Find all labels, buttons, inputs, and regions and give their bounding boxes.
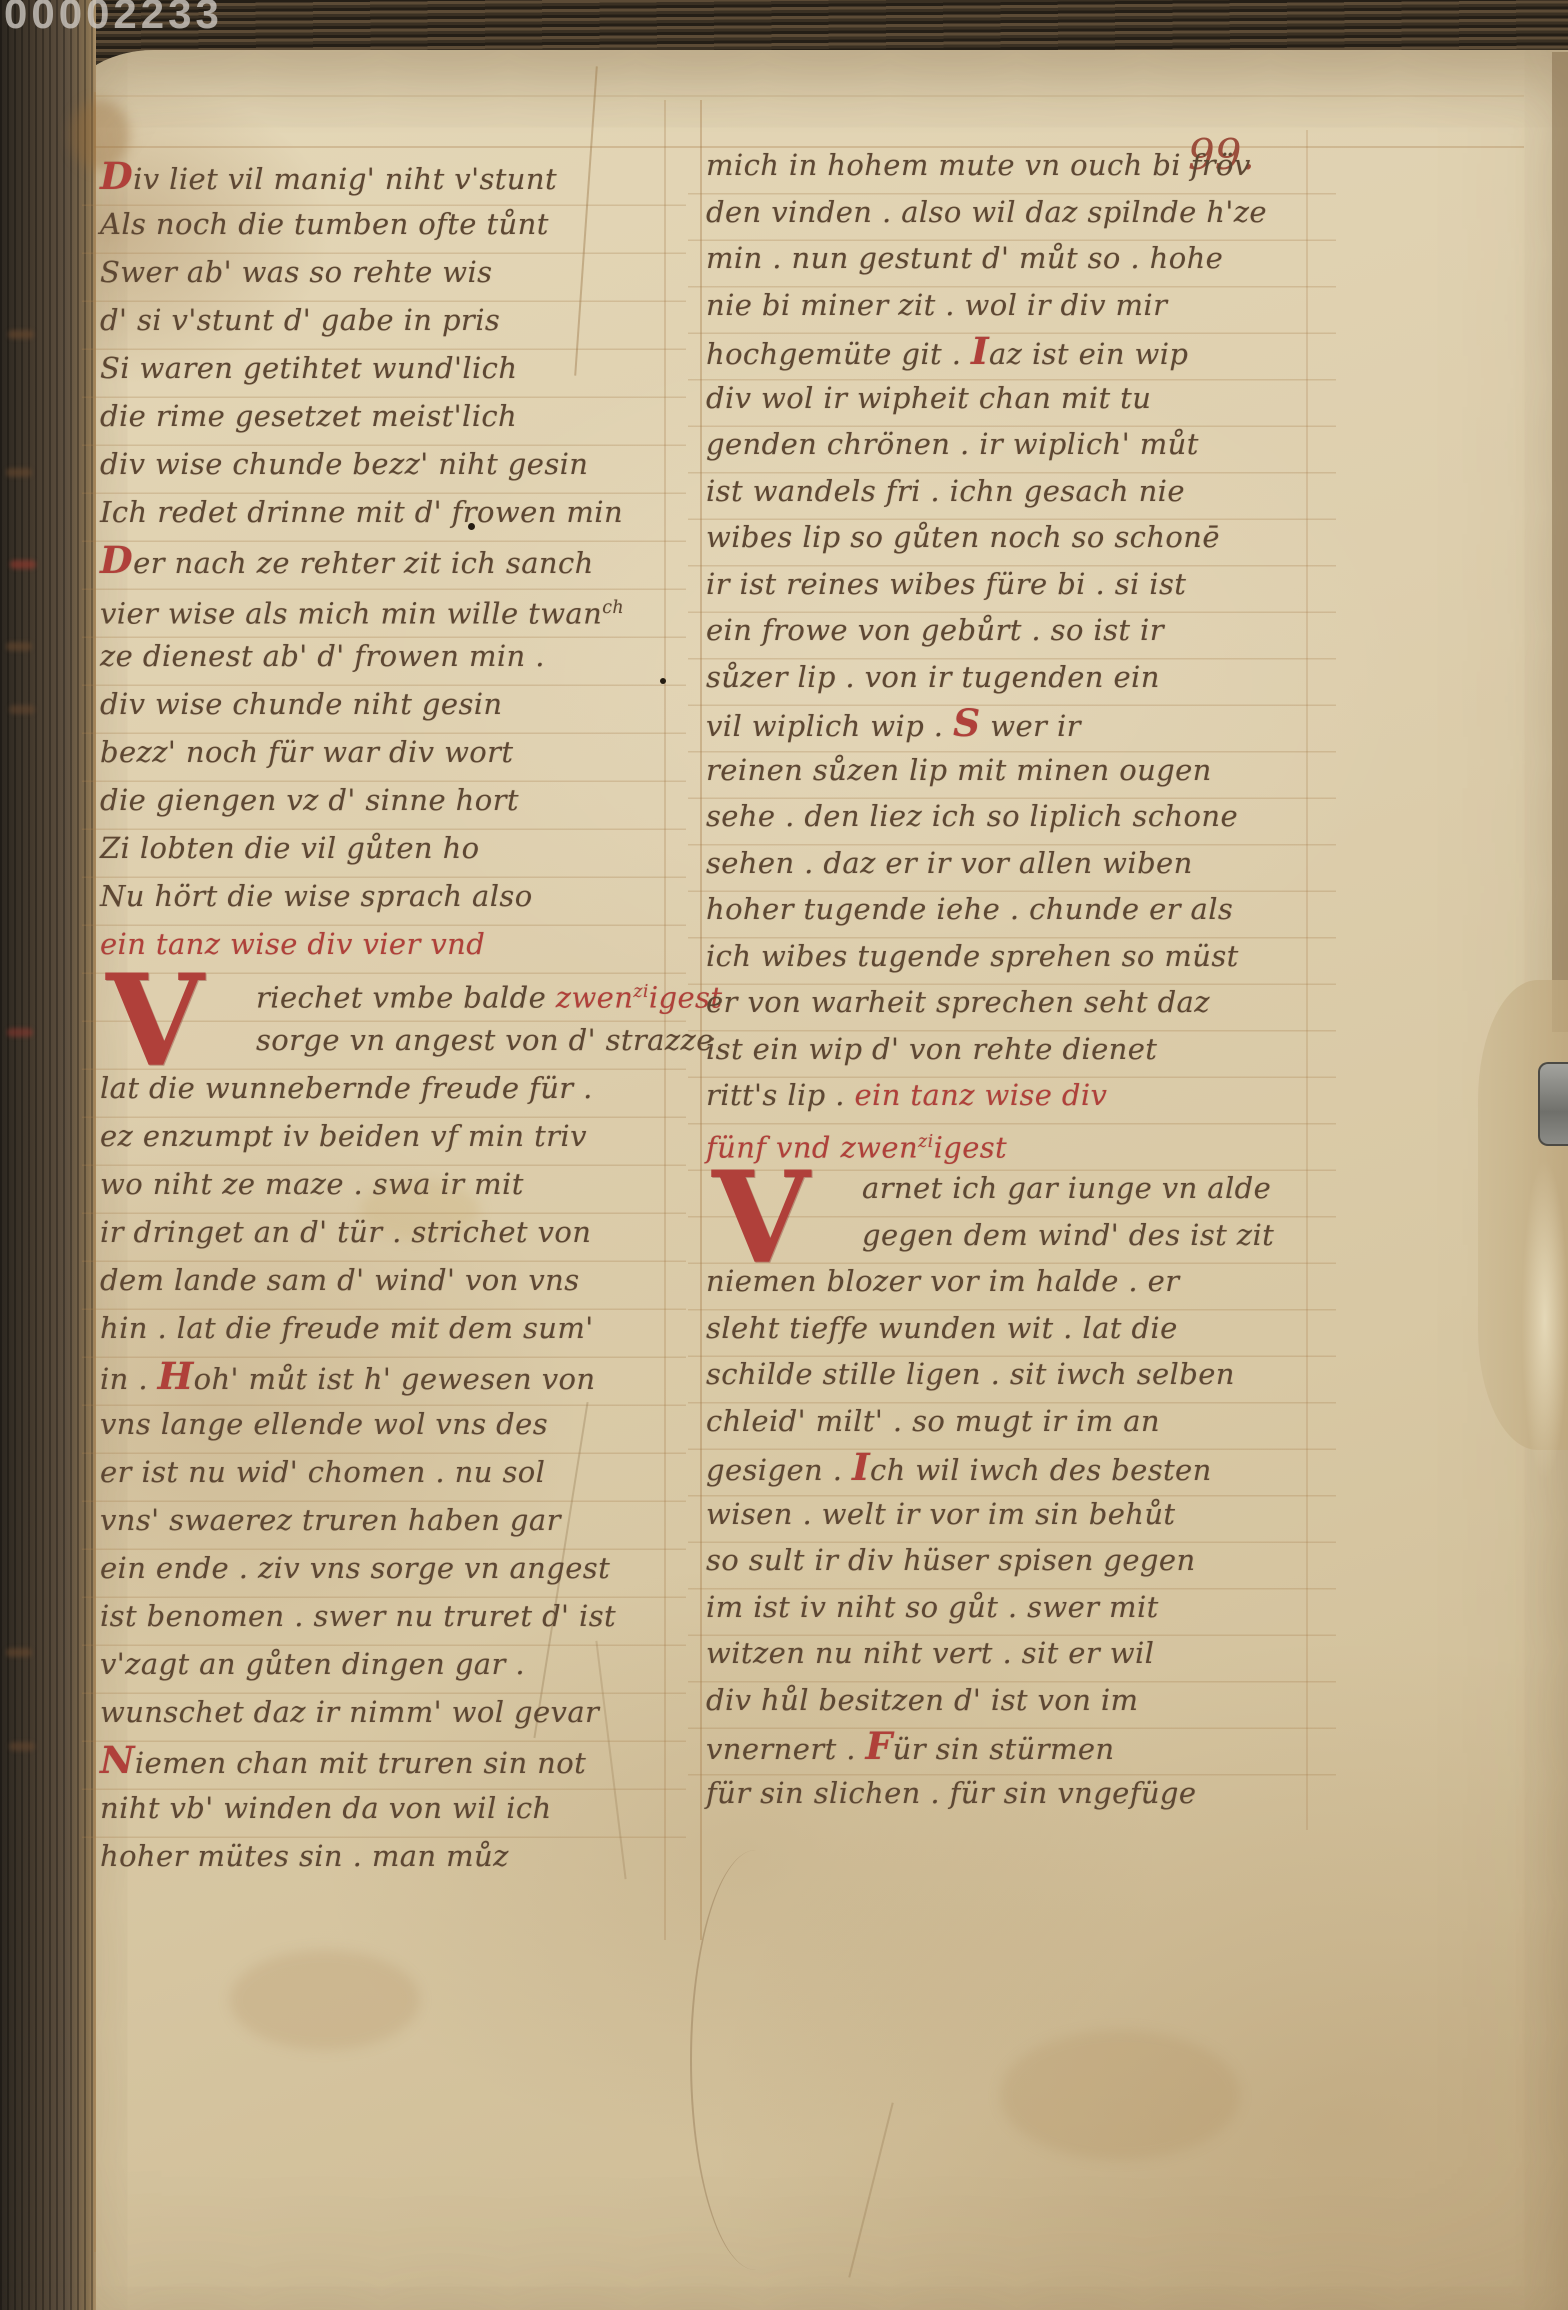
ink-text: er nach ze rehter zit ich sanch: [133, 546, 594, 580]
ink-text: az ist ein wip: [989, 337, 1188, 371]
rubric-text: zi: [918, 1132, 934, 1152]
text-line: ist wandels fri . ichn gesach nie: [706, 468, 1310, 515]
text-line: sleht tieffe wunden wit . lat die: [706, 1305, 1310, 1352]
text-line: so sult ir div hüser spisen gegen: [706, 1537, 1310, 1584]
text-line: ist benomen . swer nu truret d' ist: [100, 1592, 660, 1640]
text-line: hin . lat die freude mit dem sum': [100, 1304, 660, 1352]
rubric-text: I: [852, 1445, 870, 1489]
text-line: niht vb' winden da von wil ich: [100, 1784, 660, 1832]
ink-text: Ich redet drinne mit d' frowen min: [100, 495, 623, 529]
stain: [1000, 2030, 1240, 2160]
ink-text: witzen nu niht vert . sit er wil: [706, 1636, 1154, 1670]
text-line: Nu hört die wise sprach also: [100, 872, 660, 920]
ink-text: vil wiplich wip .: [706, 709, 953, 743]
ink-text: sleht tieffe wunden wit . lat die: [706, 1311, 1178, 1345]
text-line: Div liet vil manig' niht v'stunt: [100, 152, 660, 200]
text-line: v'zagt an gůten dingen gar .: [100, 1640, 660, 1688]
text-line: hochgemüte git . Iaz ist ein wip: [706, 328, 1310, 375]
ink-text: reinen sůzen lip mit minen ougen: [706, 753, 1212, 787]
rubric-text: ein tanz wise div: [855, 1078, 1108, 1112]
text-line: die giengen vz d' sinne hort: [100, 776, 660, 824]
text-line: div wise chunde niht gesin: [100, 680, 660, 728]
stain: [230, 1950, 420, 2050]
ink-text: d' si v'stunt d' gabe in pris: [100, 303, 500, 337]
ink-text: den vinden . also wil daz spilnde h'ze: [706, 195, 1267, 229]
ink-text: ein frowe von gebůrt . so ist ir: [706, 613, 1164, 647]
ink-text: ch: [602, 598, 624, 618]
ink-text: div wise chunde bezz' niht gesin: [100, 447, 588, 481]
rubric-text: zi: [633, 982, 649, 1002]
text-line: ritt's lip . ein tanz wise div: [706, 1072, 1310, 1119]
ink-text: Als noch die tumben ofte tůnt: [100, 207, 549, 241]
ink-text: ir ist reines wibes füre bi . si ist: [706, 567, 1186, 601]
ink-text: nie bi miner zit . wol ir div mir: [706, 288, 1167, 322]
text-line: chleid' milt' . so mugt ir im an: [706, 1398, 1310, 1445]
text-line: mich in hohem mute vn ouch bi fröv: [706, 142, 1310, 189]
text-line: wo niht ze maze . swa ir mit: [100, 1160, 660, 1208]
text-line: div wise chunde bezz' niht gesin: [100, 440, 660, 488]
text-line: niemen blozer vor im halde . er: [706, 1258, 1310, 1305]
bleedthrough-mark: [9, 705, 35, 714]
bleedthrough-mark: [6, 468, 32, 477]
rubric-text: D: [100, 538, 133, 582]
text-line: Varnet ich gar iunge vn alde: [706, 1165, 1310, 1212]
text-line: genden chrönen . ir wiplich' můt: [706, 421, 1310, 468]
text-line: hoher mütes sin . man můz: [100, 1832, 660, 1880]
text-line: min . nun gestunt d' můt so . hohe: [706, 235, 1310, 282]
text-line: im ist iv niht so gůt . swer mit: [706, 1584, 1310, 1631]
rubric-text: H: [158, 1354, 194, 1398]
rubric-text: I: [971, 329, 989, 373]
ink-text: ritt's lip .: [706, 1078, 855, 1112]
rubric-text: zwen: [556, 980, 634, 1014]
text-line: d' si v'stunt d' gabe in pris: [100, 296, 660, 344]
text-line: ein frowe von gebůrt . so ist ir: [706, 607, 1310, 654]
ink-text: oh' můt ist h' gewesen von: [194, 1362, 596, 1396]
ink-text: Nu hört die wise sprach also: [100, 879, 533, 913]
ink-text: min . nun gestunt d' můt so . hohe: [706, 241, 1223, 275]
manuscript-photo: 00002233 99. Div liet vil manig' niht v'…: [0, 0, 1568, 2310]
scan-watermark: 00002233: [4, 0, 223, 38]
text-line: Si waren getihtet wund'lich: [100, 344, 660, 392]
rubric-text: D: [100, 154, 133, 198]
text-line: ich wibes tugende sprehen so müst: [706, 933, 1310, 980]
ink-text: wisen . welt ir vor im sin behůt: [706, 1497, 1175, 1531]
ink-text: Si waren getihtet wund'lich: [100, 351, 517, 385]
ink-text: so sult ir div hüser spisen gegen: [706, 1543, 1196, 1577]
text-line: div hůl besitzen d' ist von im: [706, 1677, 1310, 1724]
text-line: reinen sůzen lip mit minen ougen: [706, 747, 1310, 794]
text-line: Der nach ze rehter zit ich sanch: [100, 536, 660, 584]
ink-text: ist benomen . swer nu truret d' ist: [100, 1599, 616, 1633]
ink-text: vnernert .: [706, 1732, 866, 1766]
text-line: vnernert . Für sin stürmen: [706, 1723, 1310, 1770]
ink-text: hochgemüte git .: [706, 337, 971, 371]
ink-text: sůzer lip . von ir tugenden ein: [706, 660, 1160, 694]
bleedthrough-mark: [9, 1742, 35, 1751]
ink-text: vns' swaerez truren haben gar: [100, 1503, 561, 1537]
ink-text: vier wise als mich min wille twan: [100, 596, 602, 630]
text-line: vns lange ellende wol vns des: [100, 1400, 660, 1448]
text-line: die rime gesetzet meist'lich: [100, 392, 660, 440]
ink-text: die giengen vz d' sinne hort: [100, 783, 519, 817]
ink-text: niht vb' winden da von wil ich: [100, 1791, 552, 1825]
ink-text: ein ende . ziv vns sorge vn angest: [100, 1551, 610, 1585]
text-line: vns' swaerez truren haben gar: [100, 1496, 660, 1544]
ink-text: im ist iv niht so gůt . swer mit: [706, 1590, 1159, 1624]
text-line: nie bi miner zit . wol ir div mir: [706, 282, 1310, 329]
text-line: ze dienest ab' d' frowen min .: [100, 632, 660, 680]
ruling-line-horizontal: [94, 95, 1524, 97]
ink-text: er von warheit sprechen seht daz: [706, 985, 1210, 1019]
ink-text: wunschet daz ir nimm' wol gevar: [100, 1695, 599, 1729]
text-line: den vinden . also wil daz spilnde h'ze: [706, 189, 1310, 236]
ink-dot: [660, 678, 666, 684]
text-line: schilde stille ligen . sit iwch selben: [706, 1351, 1310, 1398]
ink-text: für sin slichen . für sin vngefüge: [706, 1776, 1196, 1810]
ink-text: ich wibes tugende sprehen so müst: [706, 939, 1239, 973]
ink-text: ez enzumpt iv beiden vf min triv: [100, 1119, 587, 1153]
rubric-text: igest: [934, 1130, 1008, 1164]
ink-text: Swer ab' was so rehte wis: [100, 255, 492, 289]
text-line: Als noch die tumben ofte tůnt: [100, 200, 660, 248]
ink-text: div hůl besitzen d' ist von im: [706, 1683, 1138, 1717]
text-line: Niemen chan mit truren sin not: [100, 1736, 660, 1784]
book-clasp: [1538, 1062, 1568, 1146]
text-line: wibes lip so gůten noch so schonē: [706, 514, 1310, 561]
ink-text: wibes lip so gůten noch so schonē: [706, 520, 1220, 554]
text-line: sůzer lip . von ir tugenden ein: [706, 654, 1310, 701]
text-line: er von warheit sprechen seht daz: [706, 979, 1310, 1026]
ink-text: wer ir: [981, 709, 1081, 743]
ink-text: arnet ich gar iunge vn alde: [862, 1171, 1271, 1205]
bleedthrough-mark: [6, 1648, 32, 1657]
text-line: dem lande sam d' wind' von vns: [100, 1256, 660, 1304]
text-line: Zi lobten die vil gůten ho: [100, 824, 660, 872]
text-line: sehen . daz er ir vor allen wiben: [706, 840, 1310, 887]
ink-text: mich in hohem mute vn ouch bi fröv: [706, 148, 1251, 182]
ink-text: sehen . daz er ir vor allen wiben: [706, 846, 1193, 880]
bleedthrough-mark: [7, 1028, 33, 1037]
text-line: sorge vn angest von d' strazze: [100, 1016, 660, 1064]
ink-text: dem lande sam d' wind' von vns: [100, 1263, 579, 1297]
text-line: vier wise als mich min wille twanch: [100, 584, 660, 632]
text-line: witzen nu niht vert . sit er wil: [706, 1630, 1310, 1677]
ink-text: ür sin stürmen: [893, 1732, 1115, 1766]
text-line: ez enzumpt iv beiden vf min triv: [100, 1112, 660, 1160]
text-line: gegen dem wind' des ist zit: [706, 1212, 1310, 1259]
text-line: wisen . welt ir vor im sin behůt: [706, 1491, 1310, 1538]
ink-text: sehe . den liez ich so liplich schone: [706, 799, 1238, 833]
text-line: für sin slichen . für sin vngefüge: [706, 1770, 1310, 1817]
text-line: gesigen . Ich wil iwch des besten: [706, 1444, 1310, 1491]
page-edge-right: [1552, 52, 1568, 1032]
ink-text: gesigen .: [706, 1453, 852, 1487]
rubric-text: N: [100, 1738, 135, 1782]
ink-text: genden chrönen . ir wiplich' můt: [706, 427, 1199, 461]
left-text-column: Div liet vil manig' niht v'stuntAls noch…: [100, 152, 660, 1880]
ink-text: hoher mütes sin . man můz: [100, 1839, 509, 1873]
ink-text: iv liet vil manig' niht v'stunt: [133, 162, 557, 196]
ink-text: hoher tugende iehe . chunde er als: [706, 892, 1233, 926]
ink-text: vns lange ellende wol vns des: [100, 1407, 548, 1441]
text-line: lat die wunnebernde freude für .: [100, 1064, 660, 1112]
ink-text: niemen blozer vor im halde . er: [706, 1264, 1179, 1298]
ink-text: Zi lobten die vil gůten ho: [100, 831, 480, 865]
ink-text: v'zagt an gůten dingen gar .: [100, 1647, 525, 1681]
ink-text: bezz' noch für war div wort: [100, 735, 513, 769]
ink-text: div wol ir wipheit chan mit tu: [706, 381, 1151, 415]
ink-text: ist ein wip d' von rehte dienet: [706, 1032, 1157, 1066]
ink-text: die rime gesetzet meist'lich: [100, 399, 517, 433]
text-line: sehe . den liez ich so liplich schone: [706, 793, 1310, 840]
text-line: ir ist reines wibes füre bi . si ist: [706, 561, 1310, 608]
ink-text: chleid' milt' . so mugt ir im an: [706, 1404, 1160, 1438]
text-line: bezz' noch für war div wort: [100, 728, 660, 776]
text-line: vil wiplich wip . S wer ir: [706, 700, 1310, 747]
text-line: Ich redet drinne mit d' frowen min: [100, 488, 660, 536]
text-line: ist ein wip d' von rehte dienet: [706, 1026, 1310, 1073]
rubric-text: F: [866, 1724, 893, 1768]
ink-dot: [468, 523, 475, 530]
ink-text: schilde stille ligen . sit iwch selben: [706, 1357, 1235, 1391]
ink-text: hin . lat die freude mit dem sum': [100, 1311, 594, 1345]
ink-text: er ist nu wid' chomen . nu sol: [100, 1455, 545, 1489]
rubric-text: S: [953, 701, 981, 745]
page-curl: [1452, 1160, 1568, 1480]
text-line: ir dringet an d' tür . strichet von: [100, 1208, 660, 1256]
text-line: hoher tugende iehe . chunde er als: [706, 886, 1310, 933]
ink-text: ch wil iwch des besten: [870, 1453, 1212, 1487]
ink-text: gegen dem wind' des ist zit: [862, 1218, 1274, 1252]
ink-text: ist wandels fri . ichn gesach nie: [706, 474, 1185, 508]
text-line: ein ende . ziv vns sorge vn angest: [100, 1544, 660, 1592]
bleedthrough-mark: [8, 330, 34, 339]
ink-text: sorge vn angest von d' strazze: [256, 1023, 714, 1057]
text-line: wunschet daz ir nimm' wol gevar: [100, 1688, 660, 1736]
right-text-column: mich in hohem mute vn ouch bi frövden vi…: [706, 142, 1310, 1816]
ink-text: div wise chunde niht gesin: [100, 687, 502, 721]
bleedthrough-mark: [10, 560, 36, 569]
ink-text: wo niht ze maze . swa ir mit: [100, 1167, 524, 1201]
text-line: er ist nu wid' chomen . nu sol: [100, 1448, 660, 1496]
text-line: in . Hoh' můt ist h' gewesen von: [100, 1352, 660, 1400]
text-line: div wol ir wipheit chan mit tu: [706, 375, 1310, 422]
text-line: Vriechet vmbe balde zwenziigest: [100, 968, 660, 1016]
ink-text: ze dienest ab' d' frowen min .: [100, 639, 545, 673]
ink-text: riechet vmbe balde: [256, 980, 556, 1014]
ink-text: iemen chan mit truren sin not: [135, 1746, 586, 1780]
ink-text: in .: [100, 1362, 158, 1396]
crease: [690, 1850, 822, 2270]
ink-text: ir dringet an d' tür . strichet von: [100, 1215, 591, 1249]
bleedthrough-mark: [6, 642, 32, 651]
text-line: Swer ab' was so rehte wis: [100, 248, 660, 296]
ink-text: lat die wunnebernde freude für .: [100, 1071, 593, 1105]
